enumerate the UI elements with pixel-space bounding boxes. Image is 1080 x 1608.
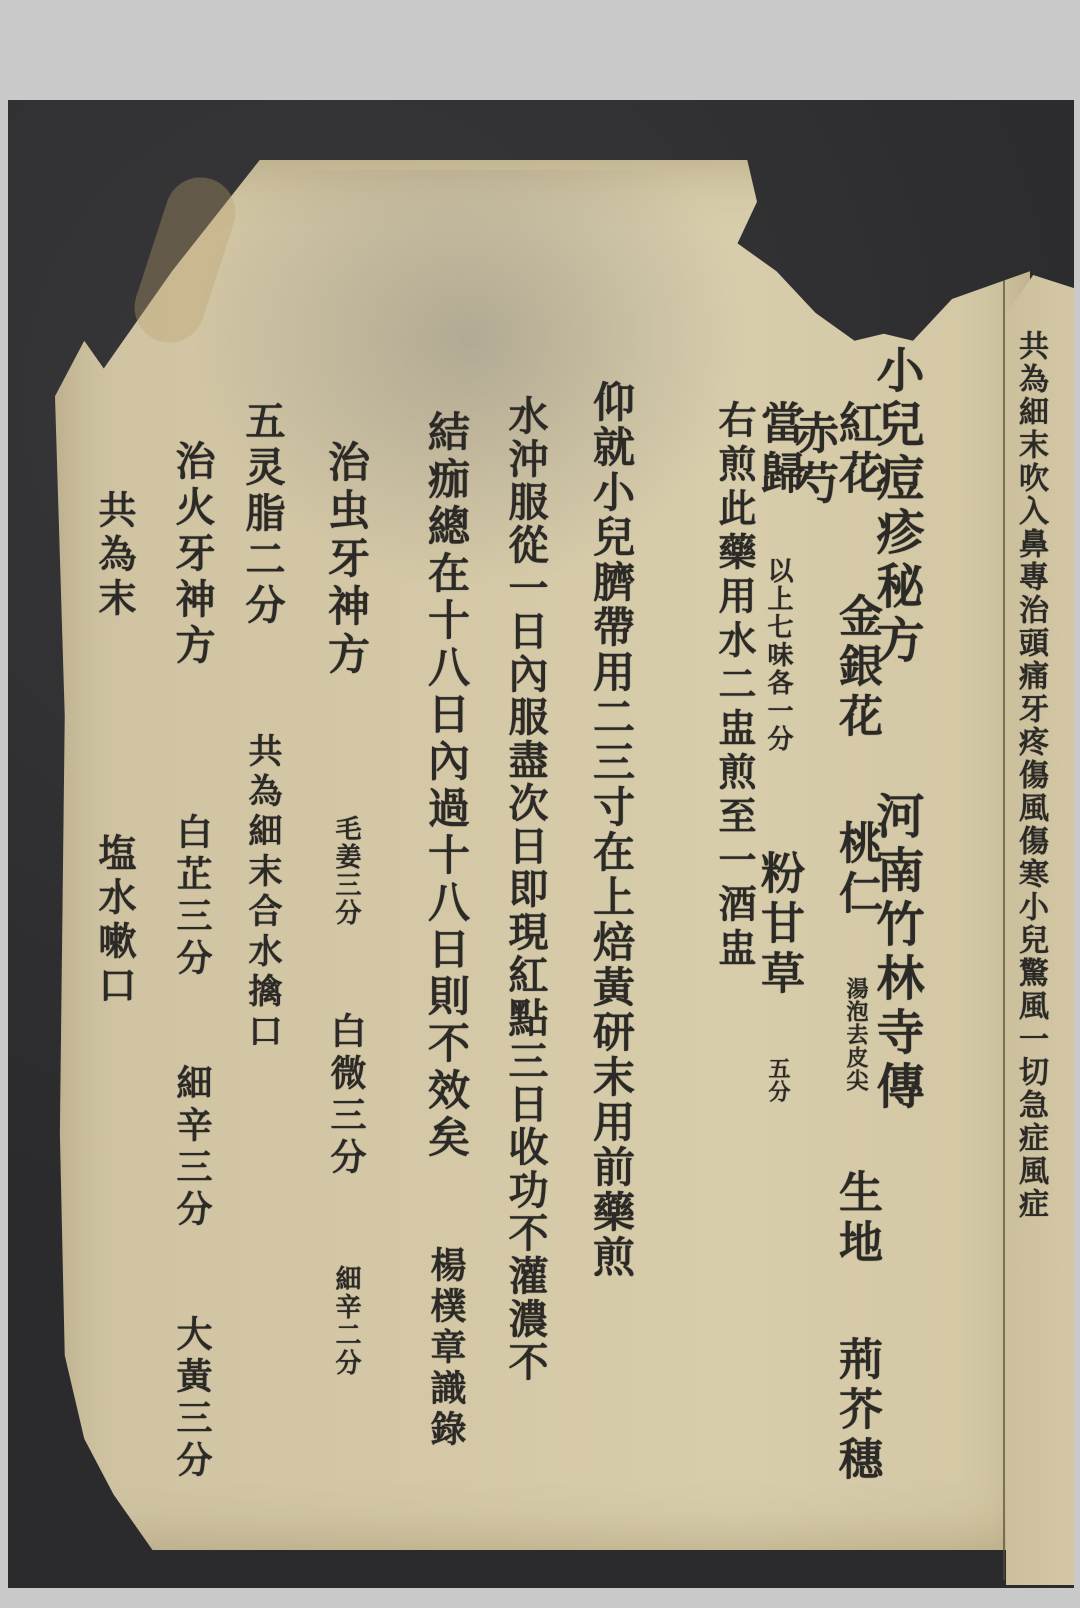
instruction-column-2: 水沖服從一日內服盡次日即現紅點三日收功不灌濃不 <box>505 395 545 1384</box>
ingredient: 當歸 <box>756 400 800 500</box>
ingredient: 大黃三分 <box>174 1315 210 1483</box>
dosage-note: 以上七味各一分 <box>765 557 791 753</box>
ingredient: 生地 <box>834 1169 878 1269</box>
recipe-title: 五灵脂二分 <box>242 400 282 630</box>
recipe-instruction: 塩水嗽口 <box>95 833 133 1009</box>
ingredient: 桃仁 <box>834 820 878 920</box>
instruction-column-3: 結痂總在十八日內過十八日則不效矣 楊樸章識錄 <box>425 410 467 1451</box>
dosage-note: 五分 <box>767 1057 789 1103</box>
ingredient: 荊芥穗 <box>834 1336 878 1486</box>
page-fold <box>1003 280 1005 1580</box>
preparation-instruction: 右煎此藥用水二盅煎至一酒盅 <box>715 400 753 972</box>
ingredient: 白微三分 <box>328 1012 364 1180</box>
instruction-text: 結痂總在十八日內過十八日則不效矣 <box>425 410 467 1162</box>
ingredient: 金銀花 <box>834 593 878 743</box>
recipe-1-dosage: 當歸 以上七味各一分 粉甘草 五分 右煎此藥用水二盅煎至一酒盅 <box>712 400 800 1608</box>
signature: 楊樸章識錄 <box>428 1246 464 1451</box>
recipe-4: 治火牙神方 白芷三分 細辛三分 大黃三分 <box>172 440 212 1483</box>
instruction-column-1: 仰就小兒臍帶用二三寸在上焙黃研末用前藥煎 <box>590 380 632 1280</box>
recipe-title: 治火牙神方 <box>172 440 212 670</box>
recipe-3: 五灵脂二分 共為細末合水擒口 <box>242 400 282 1053</box>
recipe-2: 治虫牙神方 毛姜三分 白微三分 細辛二分 <box>325 440 367 1377</box>
recipe-title: 治虫牙神方 <box>325 440 367 680</box>
ingredient: 紅花 <box>834 400 878 500</box>
ingredient: 毛姜三分 <box>333 815 359 927</box>
ingredient: 細辛三分 <box>174 1064 210 1232</box>
preparation: 共為末 <box>95 490 133 622</box>
adjacent-page-column: 共為細末吹入鼻專治頭痛牙疼傷風傷寒小兒驚風一切急症風症 <box>1015 330 1045 1221</box>
recipe-5: 共為末 塩水嗽口 <box>95 490 133 1009</box>
scan-frame-bottom <box>0 1588 1080 1608</box>
ingredient: 細辛二分 <box>333 1265 359 1377</box>
ingredient-note: 湯泡去皮尖 <box>845 977 867 1092</box>
recipe-instruction: 共為細末合水擒口 <box>245 733 279 1053</box>
ingredient: 粉甘草 <box>756 850 800 1000</box>
ingredient: 白芷三分 <box>174 813 210 981</box>
